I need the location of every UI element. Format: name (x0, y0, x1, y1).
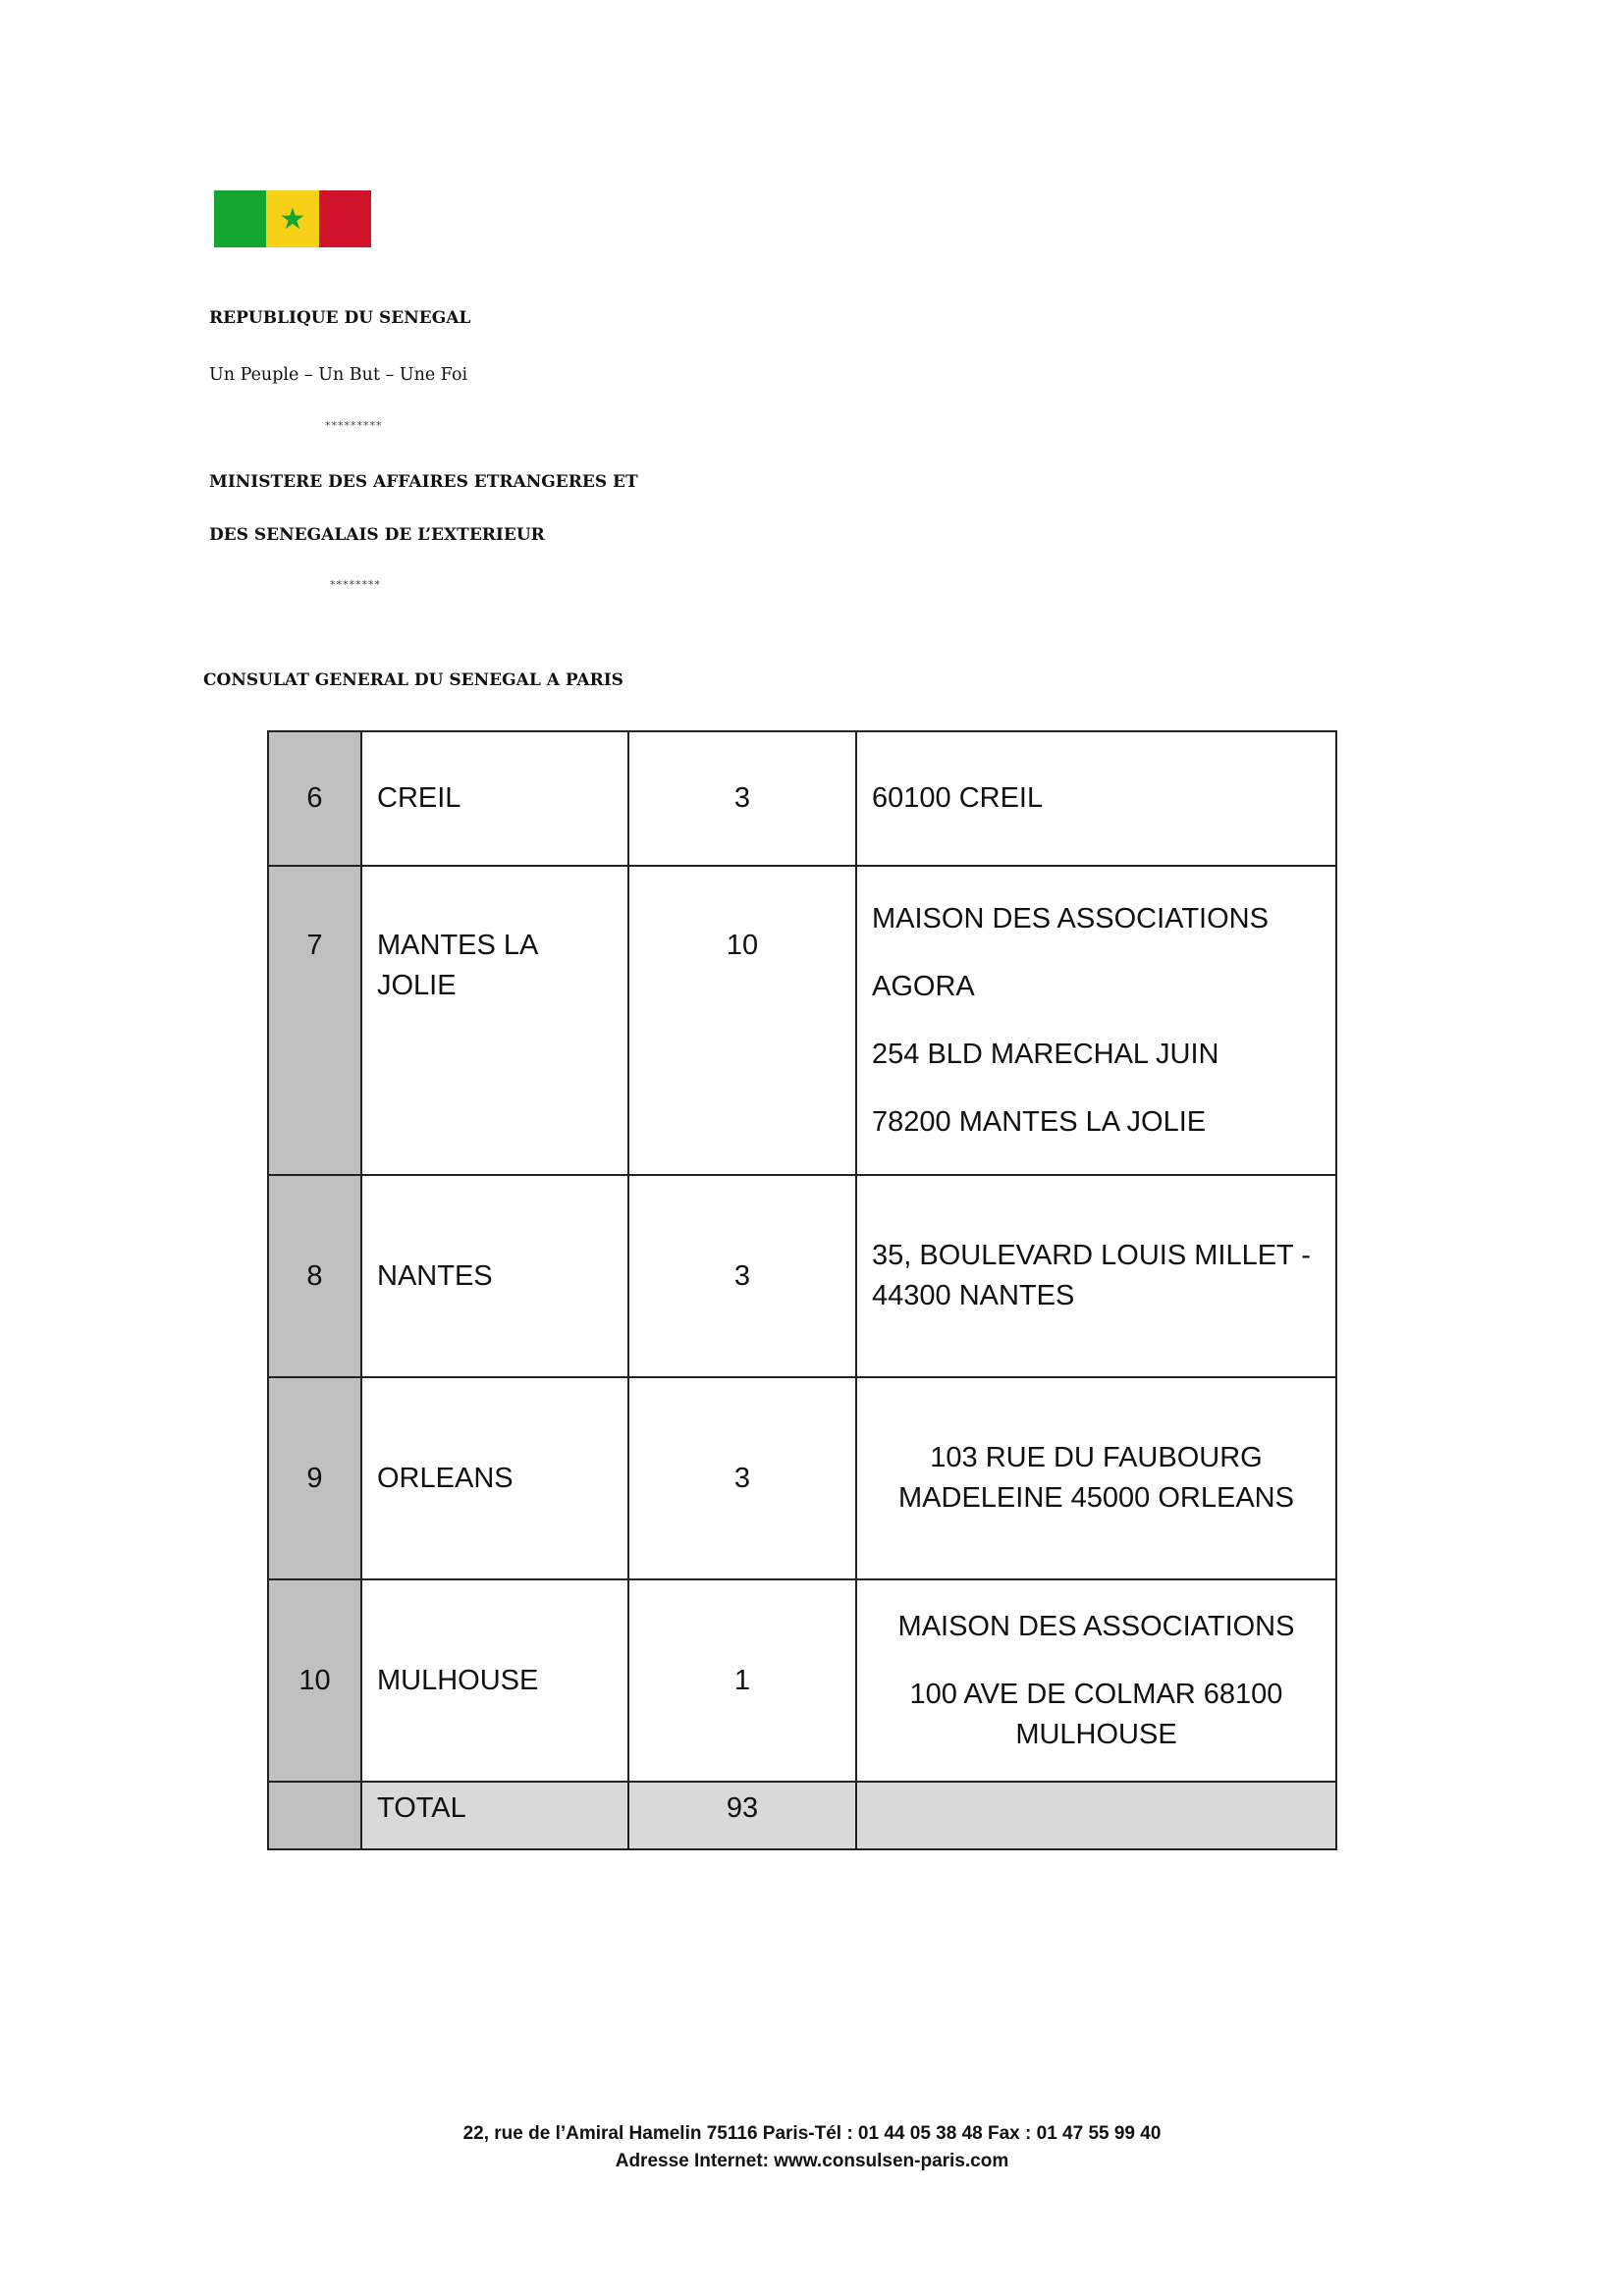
flag-yellow-band: ★ (266, 190, 318, 247)
total-value: 93 (628, 1782, 856, 1849)
city-cell: ORLEANS (361, 1377, 628, 1579)
row-number: 8 (268, 1175, 361, 1377)
city-cell: MULHOUSE (361, 1579, 628, 1782)
total-label: TOTAL (361, 1782, 628, 1849)
row-number: 6 (268, 731, 361, 866)
separator: ******** (330, 578, 381, 591)
address-cell: MAISON DES ASSOCIATIONS 100 AVE DE COLMA… (856, 1579, 1336, 1782)
address-line: MAISON DES ASSOCIATIONS (872, 1607, 1321, 1647)
count-cell: 1 (628, 1579, 856, 1782)
city-cell: NANTES (361, 1175, 628, 1377)
flag-red-band (319, 190, 371, 247)
address-line: 254 BLD MARECHAL JUIN (872, 1035, 1321, 1075)
total-address-cell (856, 1782, 1336, 1849)
star-icon: ★ (280, 205, 306, 235)
national-motto: Un Peuple – Un But – Une Foi (209, 365, 467, 385)
count-cell: 10 (628, 866, 856, 1175)
country-name: REPUBLIQUE DU SENEGAL (209, 308, 470, 328)
address-line: 100 AVE DE COLMAR 68100 MULHOUSE (872, 1675, 1321, 1755)
footer-website: Adresse Internet: www.consulsen-paris.co… (0, 2148, 1624, 2175)
address-cell: MAISON DES ASSOCIATIONS AGORA 254 BLD MA… (856, 866, 1336, 1175)
count-cell: 3 (628, 1377, 856, 1579)
table-row: 8 NANTES 3 35, BOULEVARD LOUIS MILLET - … (268, 1175, 1336, 1377)
address-line: MAISON DES ASSOCIATIONS (872, 899, 1321, 939)
ministry-line-1: MINISTERE DES AFFAIRES ETRANGERES ET (209, 472, 638, 492)
consulate-title: CONSULAT GENERAL DU SENEGAL A PARIS (203, 670, 623, 690)
address-line: 60100 CREIL (872, 778, 1321, 819)
associations-table: 6 CREIL 3 60100 CREIL 7 MANTES LA JOLIE … (267, 730, 1337, 1850)
ministry-line-2: DES SENEGALAIS DE L’EXTERIEUR (209, 525, 545, 545)
address-cell: 103 RUE DU FAUBOURG MADELEINE 45000 ORLE… (856, 1377, 1336, 1579)
address-line: 103 RUE DU FAUBOURG MADELEINE 45000 ORLE… (872, 1438, 1321, 1519)
table-row: 6 CREIL 3 60100 CREIL (268, 731, 1336, 866)
address-cell: 60100 CREIL (856, 731, 1336, 866)
separator: ********* (325, 419, 383, 432)
row-number: 9 (268, 1377, 361, 1579)
address-line: 35, BOULEVARD LOUIS MILLET - 44300 NANTE… (872, 1236, 1321, 1316)
city-cell: MANTES LA JOLIE (361, 866, 628, 1175)
total-row: TOTAL 93 (268, 1782, 1336, 1849)
total-number-cell (268, 1782, 361, 1849)
city-cell: CREIL (361, 731, 628, 866)
address-line: AGORA (872, 967, 1321, 1007)
count-cell: 3 (628, 1175, 856, 1377)
count-cell: 3 (628, 731, 856, 866)
address-line: 78200 MANTES LA JOLIE (872, 1102, 1321, 1143)
flag-green-band (214, 190, 266, 247)
row-number: 10 (268, 1579, 361, 1782)
senegal-flag-icon: ★ (214, 190, 371, 247)
table-row: 10 MULHOUSE 1 MAISON DES ASSOCIATIONS 10… (268, 1579, 1336, 1782)
row-number: 7 (268, 866, 361, 1175)
address-cell: 35, BOULEVARD LOUIS MILLET - 44300 NANTE… (856, 1175, 1336, 1377)
table-row: 7 MANTES LA JOLIE 10 MAISON DES ASSOCIAT… (268, 866, 1336, 1175)
table-row: 9 ORLEANS 3 103 RUE DU FAUBOURG MADELEIN… (268, 1377, 1336, 1579)
footer-address: 22, rue de l’Amiral Hamelin 75116 Paris-… (0, 2120, 1624, 2148)
